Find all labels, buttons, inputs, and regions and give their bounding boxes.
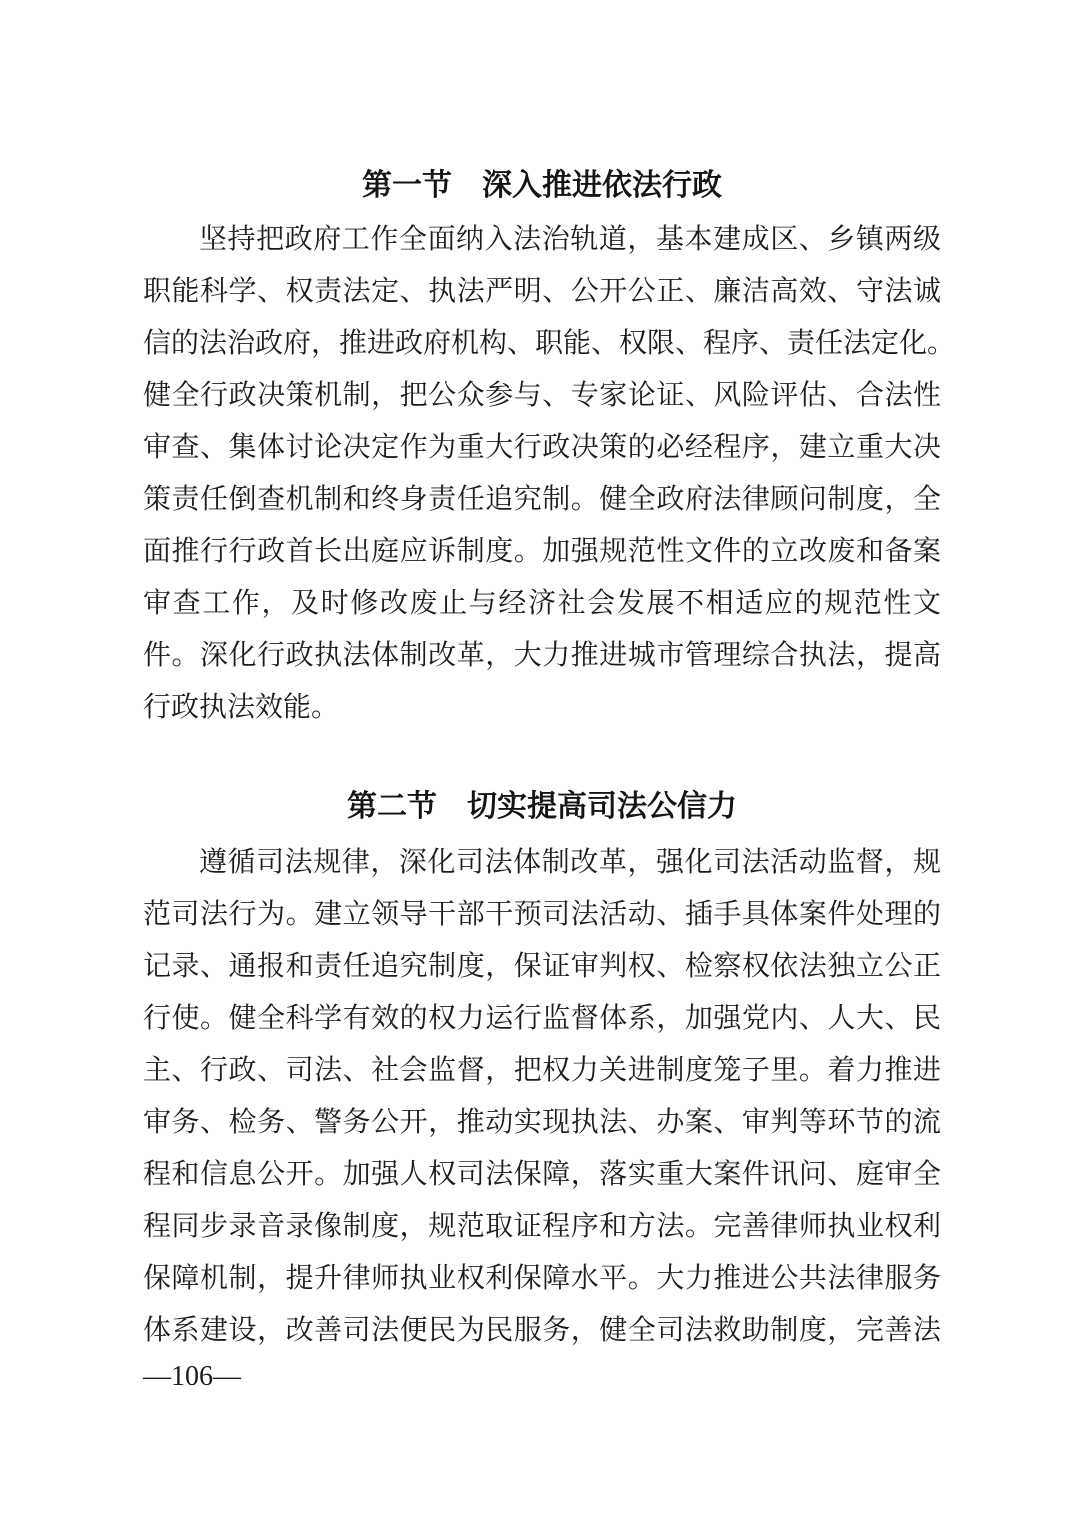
text-line: 行政执法效能。	[143, 682, 941, 734]
text-line: 职能科学、权责法定、执法严明、公开公正、廉洁高效、守法诚	[143, 266, 941, 318]
text-line: 程和信息公开。加强人权司法保障，落实重大案件讯问、庭审全	[143, 1149, 941, 1201]
text-line: 面推行行政首长出庭应诉制度。加强规范性文件的立改废和备案	[143, 526, 941, 578]
text-line: 保障机制，提升律师执业权利保障水平。大力推进公共法律服务	[143, 1253, 941, 1305]
text-line: 审查工作，及时修改废止与经济社会发展不相适应的规范性文	[143, 578, 941, 630]
text-line: 记录、通报和责任追究制度，保证审判权、检察权依法独立公正	[143, 941, 941, 993]
text-line: 坚持把政府工作全面纳入法治轨道，基本建成区、乡镇两级	[143, 214, 941, 266]
text-line: 程同步录音录像制度，规范取证程序和方法。完善律师执业权利	[143, 1201, 941, 1253]
text-line: 审务、检务、警务公开，推动实现执法、办案、审判等环节的流	[143, 1097, 941, 1149]
document-page: 第一节 深入推进依法行政 坚持把政府工作全面纳入法治轨道，基本建成区、乡镇两级职…	[0, 0, 1074, 1520]
text-line: 信的法治政府，推进政府机构、职能、权限、程序、责任法定化。	[143, 318, 941, 370]
text-line: 健全行政决策机制，把公众参与、专家论证、风险评估、合法性	[143, 370, 941, 422]
text-line: 遵循司法规律，深化司法体制改革，强化司法活动监督，规	[143, 837, 941, 889]
text-line: 行使。健全科学有效的权力运行监督体系，加强党内、人大、民	[143, 993, 941, 1045]
text-line: 审查、集体讨论决定作为重大行政决策的必经程序，建立重大决	[143, 422, 941, 474]
text-line: 策责任倒查机制和终身责任追究制。健全政府法律顾问制度，全	[143, 474, 941, 526]
text-line: 体系建设，改善司法便民为民服务，健全司法救助制度，完善法	[143, 1305, 941, 1357]
section-2-paragraph: 遵循司法规律，深化司法体制改革，强化司法活动监督，规范司法行为。建立领导干部干预…	[143, 837, 941, 1357]
section-1-heading: 第一节 深入推进依法行政	[143, 168, 941, 204]
text-line: 主、行政、司法、社会监督，把权力关进制度笼子里。着力推进	[143, 1045, 941, 1097]
section-2-heading: 第二节 切实提高司法公信力	[143, 789, 941, 825]
text-line: 件。深化行政执法体制改革，大力推进城市管理综合执法，提高	[143, 630, 941, 682]
text-line: 范司法行为。建立领导干部干预司法活动、插手具体案件处理的	[143, 889, 941, 941]
page-number: —106—	[143, 1360, 241, 1394]
section-1-paragraph: 坚持把政府工作全面纳入法治轨道，基本建成区、乡镇两级职能科学、权责法定、执法严明…	[143, 214, 941, 734]
